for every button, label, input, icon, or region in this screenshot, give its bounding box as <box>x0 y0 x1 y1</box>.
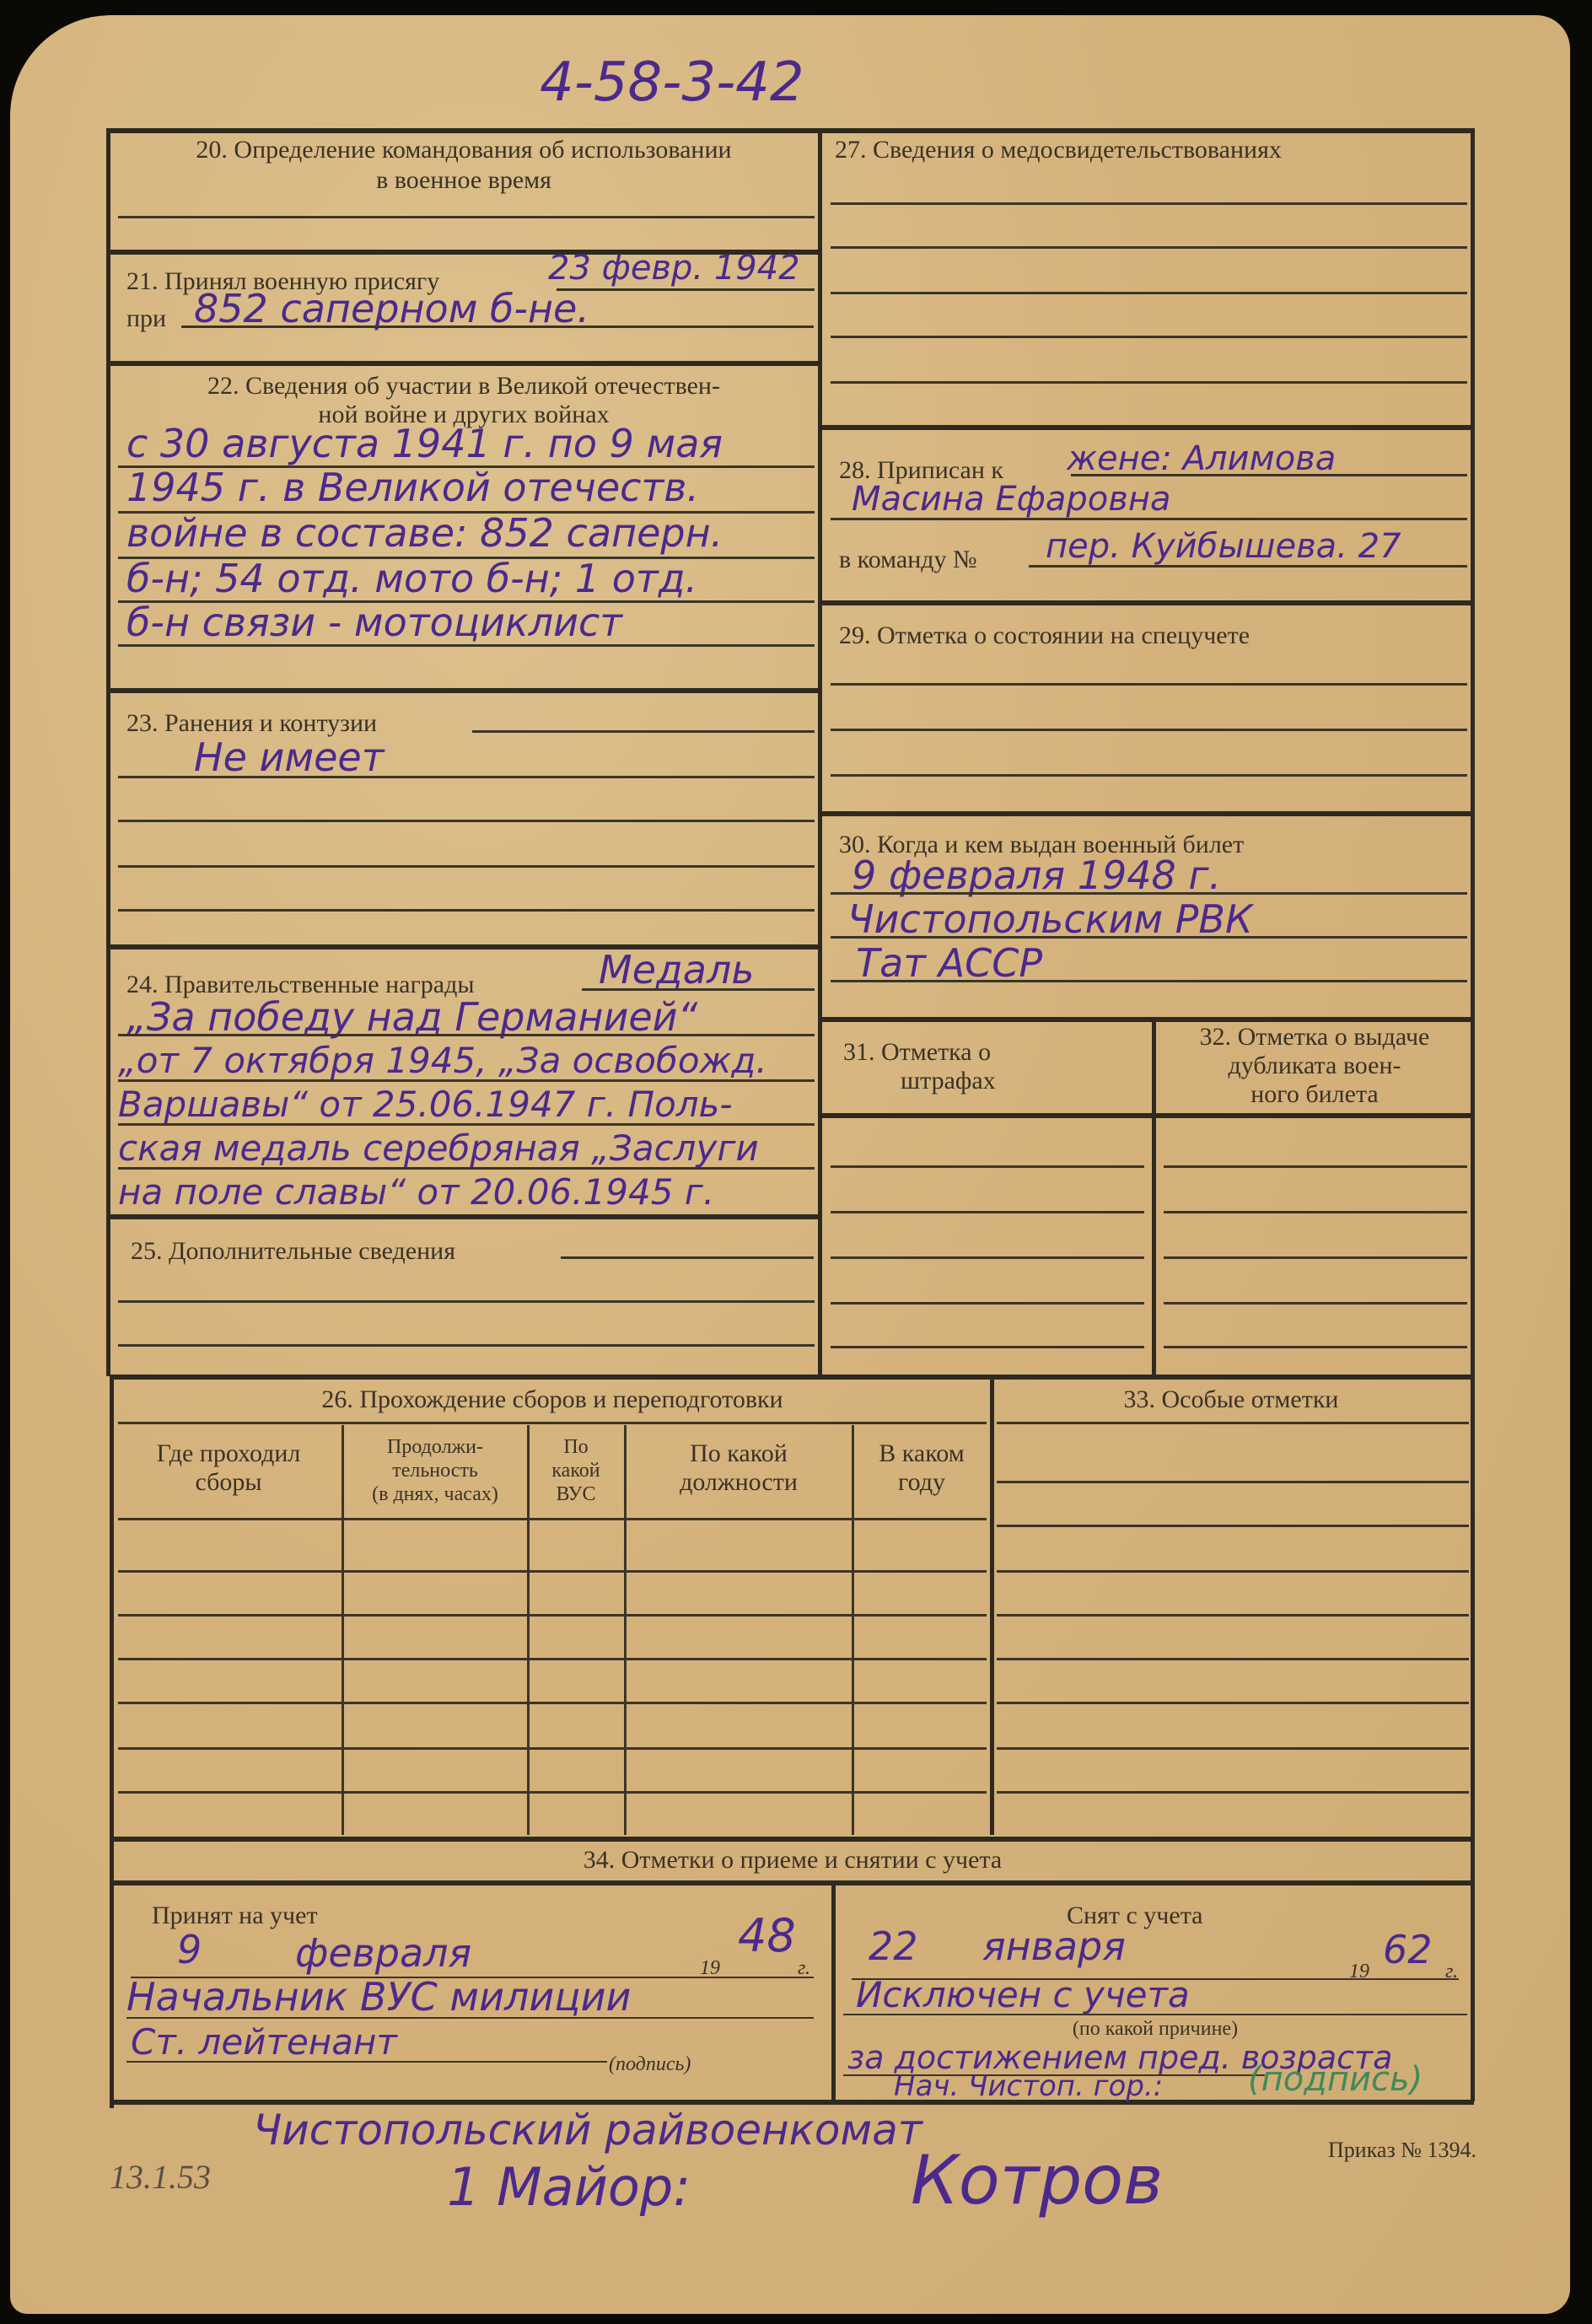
rule <box>831 892 1467 895</box>
table-row <box>118 1570 987 1573</box>
rule <box>1029 565 1467 568</box>
rule <box>1164 1346 1467 1348</box>
frame-left <box>106 128 110 1376</box>
s29-label: 29. Отметка о состоянии на спецучете <box>839 621 1250 651</box>
divider <box>110 1880 1474 1886</box>
header-text: ВУС <box>530 1482 622 1506</box>
rule <box>118 1123 815 1126</box>
s24-line: на поле славы“ от 20.06.1945 г. <box>118 1170 714 1214</box>
s20-label-2: в военное время <box>118 165 809 196</box>
s22-line: войне в составе: 852 саперн. <box>126 511 723 555</box>
rule <box>997 1658 1469 1660</box>
removed-year: 62 <box>1383 1928 1433 1972</box>
rule <box>126 2017 814 2019</box>
rule <box>831 336 1467 338</box>
rule <box>118 1300 815 1303</box>
rule <box>831 202 1467 205</box>
header-text: По какой <box>627 1439 850 1469</box>
rule <box>118 1422 987 1424</box>
s24-line: ская медаль серебряная „Заслуги <box>118 1127 759 1170</box>
rule <box>831 518 1467 520</box>
header-text: В каком <box>855 1439 988 1469</box>
rule <box>118 820 815 822</box>
table-row <box>118 1658 987 1660</box>
accepted-year: 48 <box>738 1914 796 1958</box>
s31-label: 31. Отметка о <box>843 1037 991 1068</box>
table-row <box>118 1614 987 1617</box>
s30-line: 9 февраля 1948 г. <box>852 853 1221 897</box>
s24-value-start: Медаль <box>599 948 755 992</box>
header-text: тельность <box>344 1459 526 1482</box>
col-divider <box>852 1425 854 1835</box>
rule <box>997 1702 1469 1704</box>
archive-number: 4-58-3-42 <box>540 61 804 105</box>
rule <box>118 865 815 868</box>
header-text: сборы <box>118 1467 339 1498</box>
header-text: году <box>855 1467 988 1498</box>
divider <box>822 1113 1471 1118</box>
s21-unit: 852 саперном б-не. <box>194 287 589 331</box>
removed-reason: Исключен с учета <box>856 1973 1190 2017</box>
s34-title: 34. Отметки о приеме и снятии с учета <box>118 1845 1467 1875</box>
s22-label: 22. Сведения об участии в Великой отечес… <box>118 371 809 401</box>
accepted-rank: Ст. лейтенант <box>131 2020 397 2064</box>
s32-label-2: дубликата воен- <box>1159 1051 1471 1081</box>
column-divider <box>818 128 822 1376</box>
removed-official: Нач. Чистоп. гор.: <box>894 2064 1163 2108</box>
accepted-official: Начальник ВУС милиции <box>126 1975 631 2019</box>
rule <box>1164 1302 1467 1305</box>
rule <box>831 1256 1144 1259</box>
rule <box>843 2014 1467 2015</box>
table-row <box>118 1791 987 1794</box>
rule <box>997 1422 1469 1424</box>
divider <box>822 425 1471 430</box>
s34-divider <box>831 1884 836 2101</box>
divider <box>110 1837 1474 1842</box>
rule <box>831 1346 1144 1348</box>
header-text: какой <box>530 1459 622 1482</box>
rule <box>831 381 1467 384</box>
rule <box>831 292 1467 294</box>
rule <box>997 1614 1469 1617</box>
rule <box>831 1211 1144 1213</box>
removed-day: 22 <box>869 1924 918 1968</box>
rule <box>831 774 1467 777</box>
footer-date-note: 13.1.53 <box>110 2155 211 2199</box>
footer-commissariat: Чистопольский райвоенкомат <box>253 2108 922 2152</box>
rule <box>831 1165 1144 1168</box>
rule <box>831 729 1467 731</box>
frame-left-lower <box>110 1374 114 2108</box>
rule <box>997 1791 1469 1794</box>
s33-label: 33. Особые отметки <box>995 1385 1467 1415</box>
s20-label: 20. Определение командования об использо… <box>118 135 809 165</box>
rule <box>1164 1165 1467 1168</box>
rule <box>118 1079 815 1082</box>
rule <box>118 1518 987 1520</box>
header-text: По <box>530 1435 622 1459</box>
s22-line: б-н; 54 отд. мото б-н; 1 отд. <box>126 557 697 600</box>
order-number: Приказ № 1394. <box>1328 2135 1476 2165</box>
rule <box>831 980 1467 982</box>
accepted-signature-label: (подпись) <box>609 2052 691 2076</box>
removed-month: января <box>982 1924 1126 1968</box>
rule <box>831 1302 1144 1305</box>
divider <box>822 600 1471 605</box>
table-row <box>118 1702 987 1704</box>
divider <box>822 811 1471 816</box>
s22-line: 1945 г. в Великой отечеств. <box>126 465 699 509</box>
s31-s32-divider <box>1152 1020 1156 1374</box>
rule <box>118 909 815 912</box>
footer-signature: Котров <box>911 2159 1163 2203</box>
s30-line: Тат АССР <box>856 941 1042 985</box>
rule <box>997 1525 1469 1527</box>
rule <box>831 936 1467 939</box>
divider <box>110 688 818 693</box>
rule <box>1164 1211 1467 1213</box>
rule <box>118 216 815 218</box>
s27-label: 27. Сведения о медосвидетельствованиях <box>835 135 1282 165</box>
footer-rank: 1 Майор: <box>447 2165 691 2209</box>
rule <box>831 683 1467 686</box>
rule <box>557 288 815 291</box>
s21-at-label: при <box>126 304 166 334</box>
rule <box>997 1570 1469 1573</box>
rule <box>831 246 1467 249</box>
s26-title: 26. Прохождение сборов и переподготовки <box>118 1385 987 1415</box>
s28-value-2: Масина Ефаровна <box>852 477 1170 521</box>
s25-label: 25. Дополнительные сведения <box>131 1236 455 1267</box>
rule <box>118 1034 815 1036</box>
rule <box>126 2061 607 2063</box>
s30-line: Чистопольским РВК <box>847 897 1253 941</box>
divider <box>110 1214 818 1219</box>
rule <box>997 1481 1469 1483</box>
accepted-month: февраля <box>295 1931 471 1975</box>
s21-date: 23 февр. 1942 <box>548 246 800 290</box>
header-text: должности <box>627 1467 850 1498</box>
removed-signature: (подпись) <box>1248 2058 1423 2101</box>
s23-value: Не имеет <box>194 735 385 779</box>
rule <box>472 730 815 733</box>
rule <box>118 1344 815 1347</box>
s32-label-3: ного билета <box>1159 1079 1471 1110</box>
header-text: Продолжи- <box>344 1435 526 1459</box>
rule <box>118 776 815 778</box>
divider <box>110 1374 1474 1380</box>
rule <box>1071 474 1467 476</box>
s28-team-value: пер. Куйбышева. 27 <box>1046 525 1401 568</box>
col-divider <box>624 1425 627 1835</box>
rule <box>561 1256 814 1259</box>
table-row <box>118 1747 987 1750</box>
s22-line: с 30 августа 1941 г. по 9 мая <box>126 422 723 465</box>
s24-line: „от 7 октября 1945, „За освобожд. <box>118 1039 767 1083</box>
header-text: Где проходил <box>118 1439 339 1469</box>
rule <box>118 644 815 647</box>
s31-label-2: штрафах <box>901 1066 996 1096</box>
divider <box>110 361 818 366</box>
rule <box>181 325 814 328</box>
s24-line: „За победу над Германией“ <box>126 995 697 1039</box>
s26-s33-divider <box>990 1380 994 1835</box>
header-text: (в днях, часах) <box>344 1482 526 1506</box>
s32-label: 32. Отметка о выдаче <box>1159 1022 1471 1052</box>
rule <box>1164 1256 1467 1259</box>
s28-team-label: в команду № <box>839 545 977 575</box>
rule <box>118 1167 815 1170</box>
s24-line: Варшавы“ от 25.06.1947 г. Поль- <box>118 1083 733 1127</box>
rule <box>582 988 815 991</box>
rule <box>997 1747 1469 1750</box>
s22-line: б-н связи - мотоциклист <box>126 600 622 644</box>
frame-top <box>106 128 1474 133</box>
accepted-day: 9 <box>177 1928 202 1972</box>
